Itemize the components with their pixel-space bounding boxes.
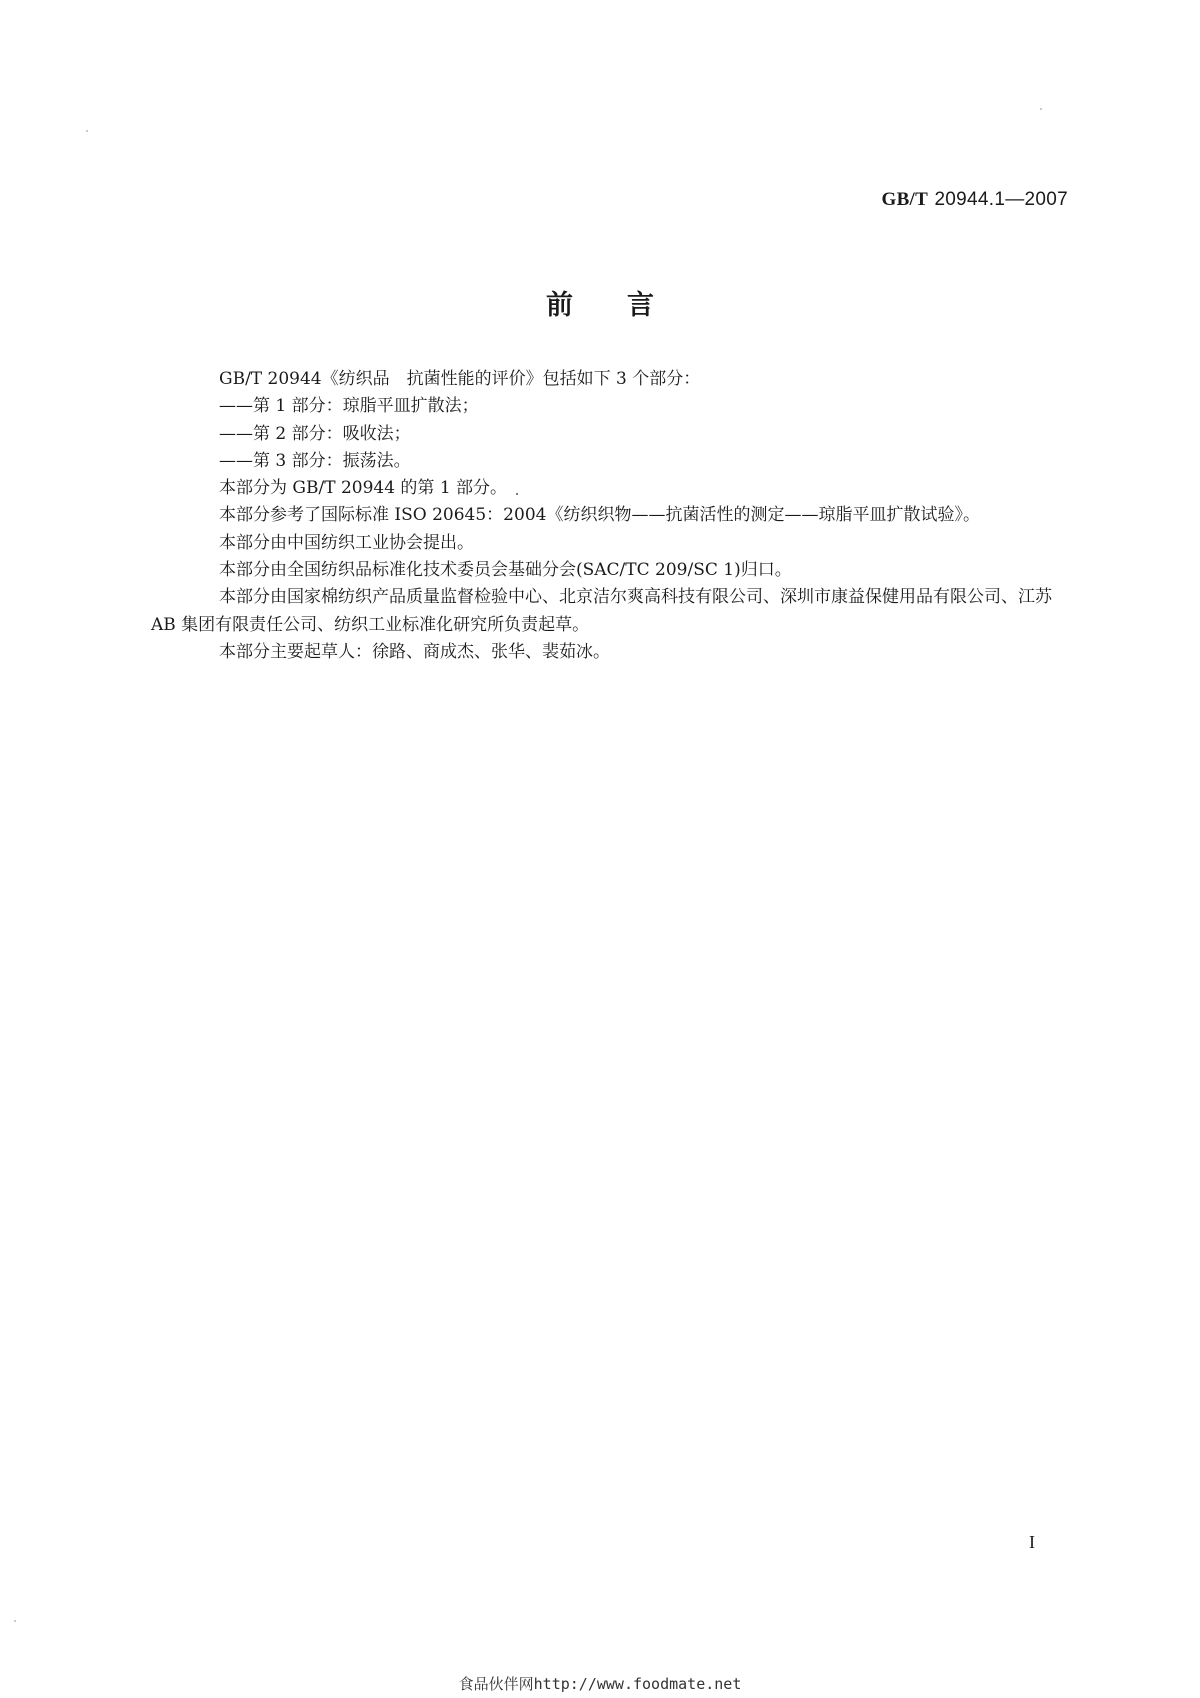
reference-paragraph: 本部分参考了国际标准 ISO 20645：2004《纺织织物——抗菌活性的测定—… bbox=[185, 502, 1070, 529]
scan-speck bbox=[516, 493, 518, 495]
title-char-2: 言 bbox=[627, 283, 654, 322]
intro-paragraph: GB/T 20944《纺织品 抗菌性能的评价》包括如下 3 个部分： bbox=[185, 366, 1070, 393]
drafters-paragraph: 本部分主要起草人：徐路、商成杰、张华、裴茹冰。 bbox=[185, 639, 1070, 666]
part-of-paragraph: 本部分为 GB/T 20944 的第 1 部分。 bbox=[185, 475, 1070, 502]
footer-watermark: 食品伙伴网http://www.foodmate.net bbox=[0, 1673, 1200, 1694]
page-number: I bbox=[1029, 1532, 1035, 1553]
scan-speck bbox=[14, 1620, 16, 1622]
drafting-units-paragraph: 本部分由国家棉纺织产品质量监督检验中心、北京洁尔爽高科技有限公司、深圳市康益保健… bbox=[151, 584, 1070, 639]
part-list-item-2: ——第 2 部分：吸收法； bbox=[185, 421, 1070, 448]
page-title: 前言 bbox=[0, 283, 1200, 322]
title-char-1: 前 bbox=[546, 283, 573, 322]
centralized-paragraph: 本部分由全国纺织品标准化技术委员会基础分会(SAC/TC 209/SC 1)归口… bbox=[185, 557, 1070, 584]
standard-number: 20944.1—2007 bbox=[934, 189, 1068, 210]
part-list-item-1: ——第 1 部分：琼脂平皿扩散法； bbox=[185, 393, 1070, 420]
part-list-item-3: ——第 3 部分：振荡法。 bbox=[185, 448, 1070, 475]
scan-speck bbox=[1040, 108, 1042, 110]
standard-number-header: GB/T 20944.1—2007 bbox=[881, 188, 1068, 211]
standard-prefix: GB/T bbox=[881, 189, 928, 210]
foreword-body: GB/T 20944《纺织品 抗菌性能的评价》包括如下 3 个部分： ——第 1… bbox=[185, 366, 1070, 666]
scan-speck bbox=[86, 130, 88, 132]
proposed-paragraph: 本部分由中国纺织工业协会提出。 bbox=[185, 530, 1070, 557]
